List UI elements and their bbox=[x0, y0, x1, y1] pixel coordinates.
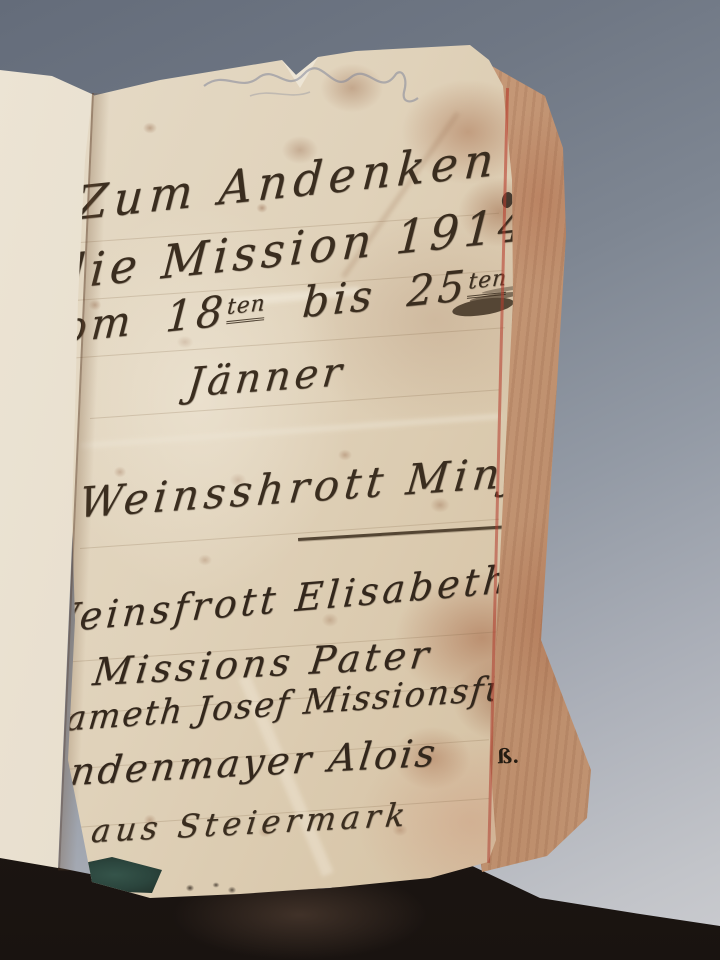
printed-edge-character: ß. bbox=[497, 744, 520, 769]
handwriting-line-3-superscript: ten bbox=[226, 291, 267, 324]
